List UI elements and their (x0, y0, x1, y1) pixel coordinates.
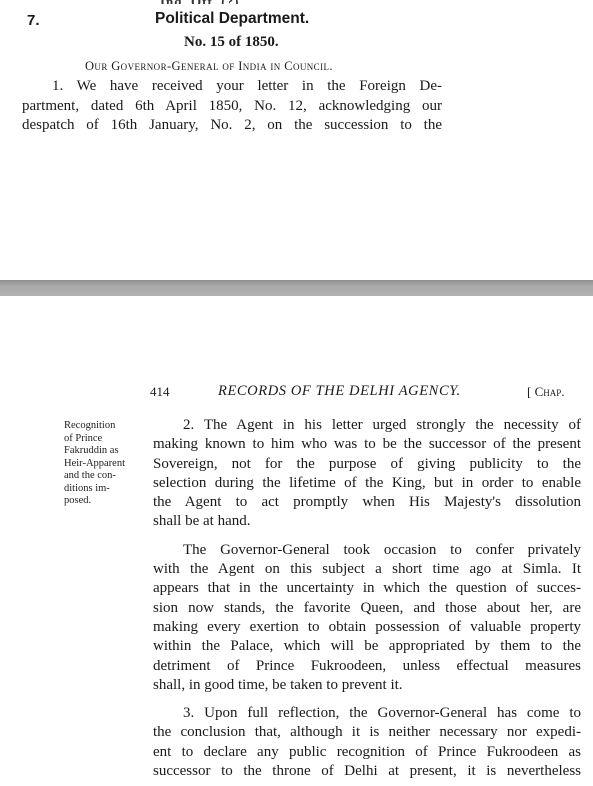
sidenote-line: and the con- (64, 470, 144, 483)
sidenote-line: posed. (64, 495, 144, 508)
page-number: 414 (150, 384, 170, 400)
text-line: detriment of Prince Fukroodeen, unless e… (153, 657, 581, 676)
addressee-line: Our Governor-General of India in Council… (85, 59, 333, 74)
sidenote-line: Recognition (64, 420, 144, 433)
running-header: 414 RECORDS OF THE DELHI AGENCY. [ Chap. (0, 384, 593, 404)
paragraph-2-continued: The Governor-General took occasion to co… (153, 541, 581, 695)
text-line: shall be at hand. (153, 512, 581, 531)
text-line: shall, in good time, be taken to prevent… (153, 676, 581, 695)
text-line: partment, dated 6th April 1850, No. 12, … (22, 97, 442, 117)
text-line: The Governor-General took occasion to co… (153, 541, 581, 560)
text-line: within the Palace, which will be appropr… (153, 637, 581, 656)
text-line: making known to him who was to be the su… (153, 435, 581, 454)
text-line: the Agent to act promptly when His Majes… (153, 493, 581, 512)
department-title: Political Department. (155, 10, 309, 28)
chapter-mark: [ Chap. (527, 384, 565, 400)
page-bottom: 414 RECORDS OF THE DELHI AGENCY. [ Chap.… (0, 296, 593, 786)
document-viewer: Ind. Off. (?) ... 7. Political Departmen… (0, 0, 593, 786)
text-line: 3. Upon full reflection, the Governor-Ge… (153, 704, 581, 723)
cut-off-heading: Ind. Off. (?) ... (160, 0, 300, 4)
text-line: Sovereign, not for the purpose of giving… (153, 455, 581, 474)
margin-sidenote: Recognition of Prince Fakruddin as Heir-… (64, 420, 144, 508)
text-line: appears that in the uncertainty in which… (153, 579, 581, 598)
sidenote-line: Heir-Apparent (64, 458, 144, 471)
text-line: making every exertion to obtain possessi… (153, 618, 581, 637)
sidenote-line: Fakruddin as (64, 445, 144, 458)
text-line: with the Agent on this subject a short t… (153, 560, 581, 579)
paragraph-3: 3. Upon full reflection, the Governor-Ge… (153, 704, 581, 781)
paragraph-gap (153, 695, 581, 704)
page-top: Ind. Off. (?) ... 7. Political Departmen… (0, 0, 593, 280)
section-number: 7. (27, 12, 40, 29)
text-line: the conclusion that, although it is neit… (153, 723, 581, 742)
paragraph-2: 2. The Agent in his letter urged strongl… (153, 416, 581, 532)
despatch-number: No. 15 of 1850. (184, 34, 279, 51)
paragraph-gap (153, 532, 581, 541)
sidenote-line: of Prince (64, 433, 144, 446)
body-text: 2. The Agent in his letter urged strongl… (153, 416, 581, 781)
sidenote-line: ditions im- (64, 483, 144, 496)
text-line: sion now stands, the favorite Queen, and… (153, 599, 581, 618)
text-line: successor to the throne of Delhi at pres… (153, 762, 581, 781)
text-line: 1. We have received your letter in the F… (22, 77, 442, 97)
text-line: despatch of 16th January, No. 2, on the … (22, 116, 442, 136)
running-title: RECORDS OF THE DELHI AGENCY. (218, 383, 461, 400)
text-line: selection during the lifetime of the Kin… (153, 474, 581, 493)
paragraph-1: 1. We have received your letter in the F… (22, 77, 442, 136)
text-line: 2. The Agent in his letter urged strongl… (153, 416, 581, 435)
page-separator (0, 280, 593, 296)
text-line: ent to declare any public recognition of… (153, 743, 581, 762)
